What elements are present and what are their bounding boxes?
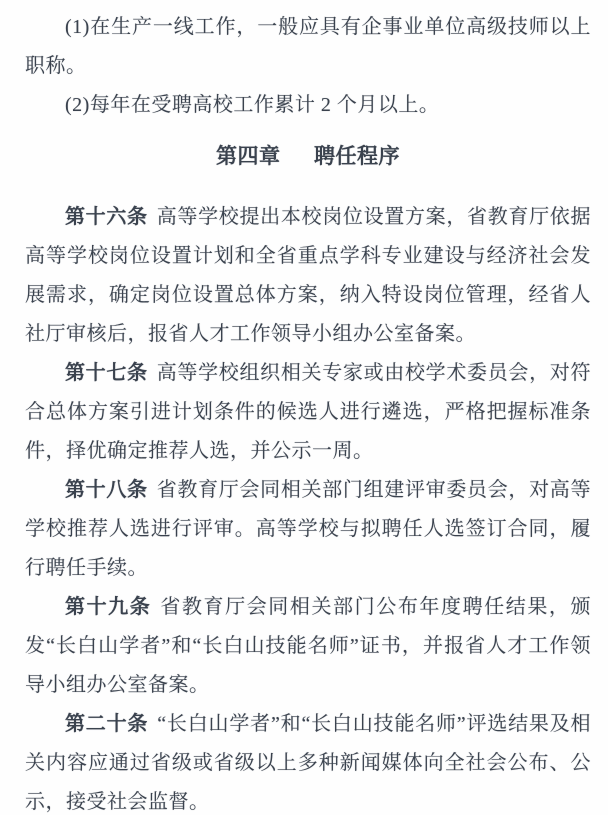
article-18: 第十八条省教育厅会同相关部门组建评审委员会，对高等学校推荐人选进行评审。高等学校… bbox=[25, 471, 591, 588]
article-17: 第十七条高等学校组织相关专家或由校学术委员会，对符合总体方案引进计划条件的候选人… bbox=[25, 354, 591, 471]
article-19: 第十九条省教育厅会同相关部门公布年度聘任结果，颁发“长白山学者”和“长白山技能名… bbox=[25, 588, 591, 705]
article-16: 第十六条高等学校提出本校岗位设置方案，省教育厅依据高等学校岗位设置计划和全省重点… bbox=[25, 198, 591, 354]
chapter-number: 第四章 bbox=[216, 144, 281, 168]
article-label: 第二十条 bbox=[65, 713, 148, 735]
clause-item-2: (2)每年在受聘高校工作累计 2 个月以上。 bbox=[25, 86, 591, 125]
document-page: (1)在生产一线工作，一般应具有企事业单位高级技师以上职称。 (2)每年在受聘高… bbox=[0, 0, 608, 815]
article-label: 第十九条 bbox=[65, 596, 151, 618]
chapter-title: 聘任程序 bbox=[314, 144, 400, 168]
article-label: 第十八条 bbox=[65, 479, 148, 501]
clause-text: (1)在生产一线工作，一般应具有企事业单位高级技师以上职称。 bbox=[25, 16, 591, 77]
article-20: 第二十条“长白山学者”和“长白山技能名师”评选结果及相关内容应通过省级或省级以上… bbox=[25, 705, 591, 815]
clause-item-1: (1)在生产一线工作，一般应具有企事业单位高级技师以上职称。 bbox=[25, 8, 591, 86]
article-label: 第十六条 bbox=[65, 206, 148, 228]
article-label: 第十七条 bbox=[65, 362, 148, 384]
chapter-heading: 第四章聘任程序 bbox=[25, 137, 591, 176]
clause-text: (2)每年在受聘高校工作累计 2 个月以上。 bbox=[65, 94, 439, 116]
